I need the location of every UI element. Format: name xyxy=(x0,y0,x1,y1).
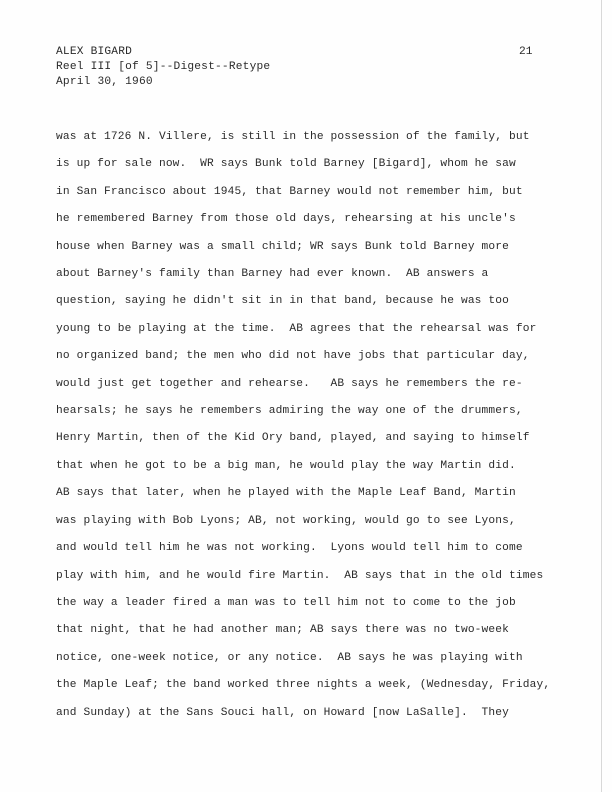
interview-date: April 30, 1960 xyxy=(56,75,546,90)
transcript-line: and Sunday) at the Sans Souci hall, on H… xyxy=(56,700,576,727)
interviewee-name: ALEX BIGARD xyxy=(56,45,546,60)
transcript-line: Henry Martin, then of the Kid Ory band, … xyxy=(56,425,576,452)
transcript-line: he remembered Barney from those old days… xyxy=(56,206,576,233)
transcript-line: would just get together and rehearse. AB… xyxy=(56,371,576,398)
transcript-line: young to be playing at the time. AB agre… xyxy=(56,316,576,343)
page-number: 21 xyxy=(519,45,532,60)
transcript-line: no organized band; the men who did not h… xyxy=(56,343,576,370)
transcript-line: AB says that later, when he played with … xyxy=(56,480,576,507)
transcript-line: was playing with Bob Lyons; AB, not work… xyxy=(56,508,576,535)
transcript-line: and would tell him he was not working. L… xyxy=(56,535,576,562)
reel-info: Reel III [of 5]--Digest--Retype xyxy=(56,60,546,75)
transcript-line: that when he got to be a big man, he wou… xyxy=(56,453,576,480)
transcript-line: house when Barney was a small child; WR … xyxy=(56,234,576,261)
transcript-line: about Barney's family than Barney had ev… xyxy=(56,261,576,288)
transcript-line: notice, one-week notice, or any notice. … xyxy=(56,645,576,672)
document-page: ALEX BIGARD Reel III [of 5]--Digest--Ret… xyxy=(0,0,612,792)
transcript-body: was at 1726 N. Villere, is still in the … xyxy=(56,124,576,727)
transcript-line: in San Francisco about 1945, that Barney… xyxy=(56,179,576,206)
transcript-line: hearsals; he says he remembers admiring … xyxy=(56,398,576,425)
transcript-line: is up for sale now. WR says Bunk told Ba… xyxy=(56,151,576,178)
page-edge-line xyxy=(601,0,602,792)
transcript-line: the Maple Leaf; the band worked three ni… xyxy=(56,672,576,699)
transcript-line: was at 1726 N. Villere, is still in the … xyxy=(56,124,576,151)
document-header: ALEX BIGARD Reel III [of 5]--Digest--Ret… xyxy=(56,45,546,90)
transcript-line: play with him, and he would fire Martin.… xyxy=(56,563,576,590)
transcript-line: the way a leader fired a man was to tell… xyxy=(56,590,576,617)
transcript-line: that night, that he had another man; AB … xyxy=(56,617,576,644)
transcript-line: question, saying he didn't sit in in tha… xyxy=(56,288,576,315)
